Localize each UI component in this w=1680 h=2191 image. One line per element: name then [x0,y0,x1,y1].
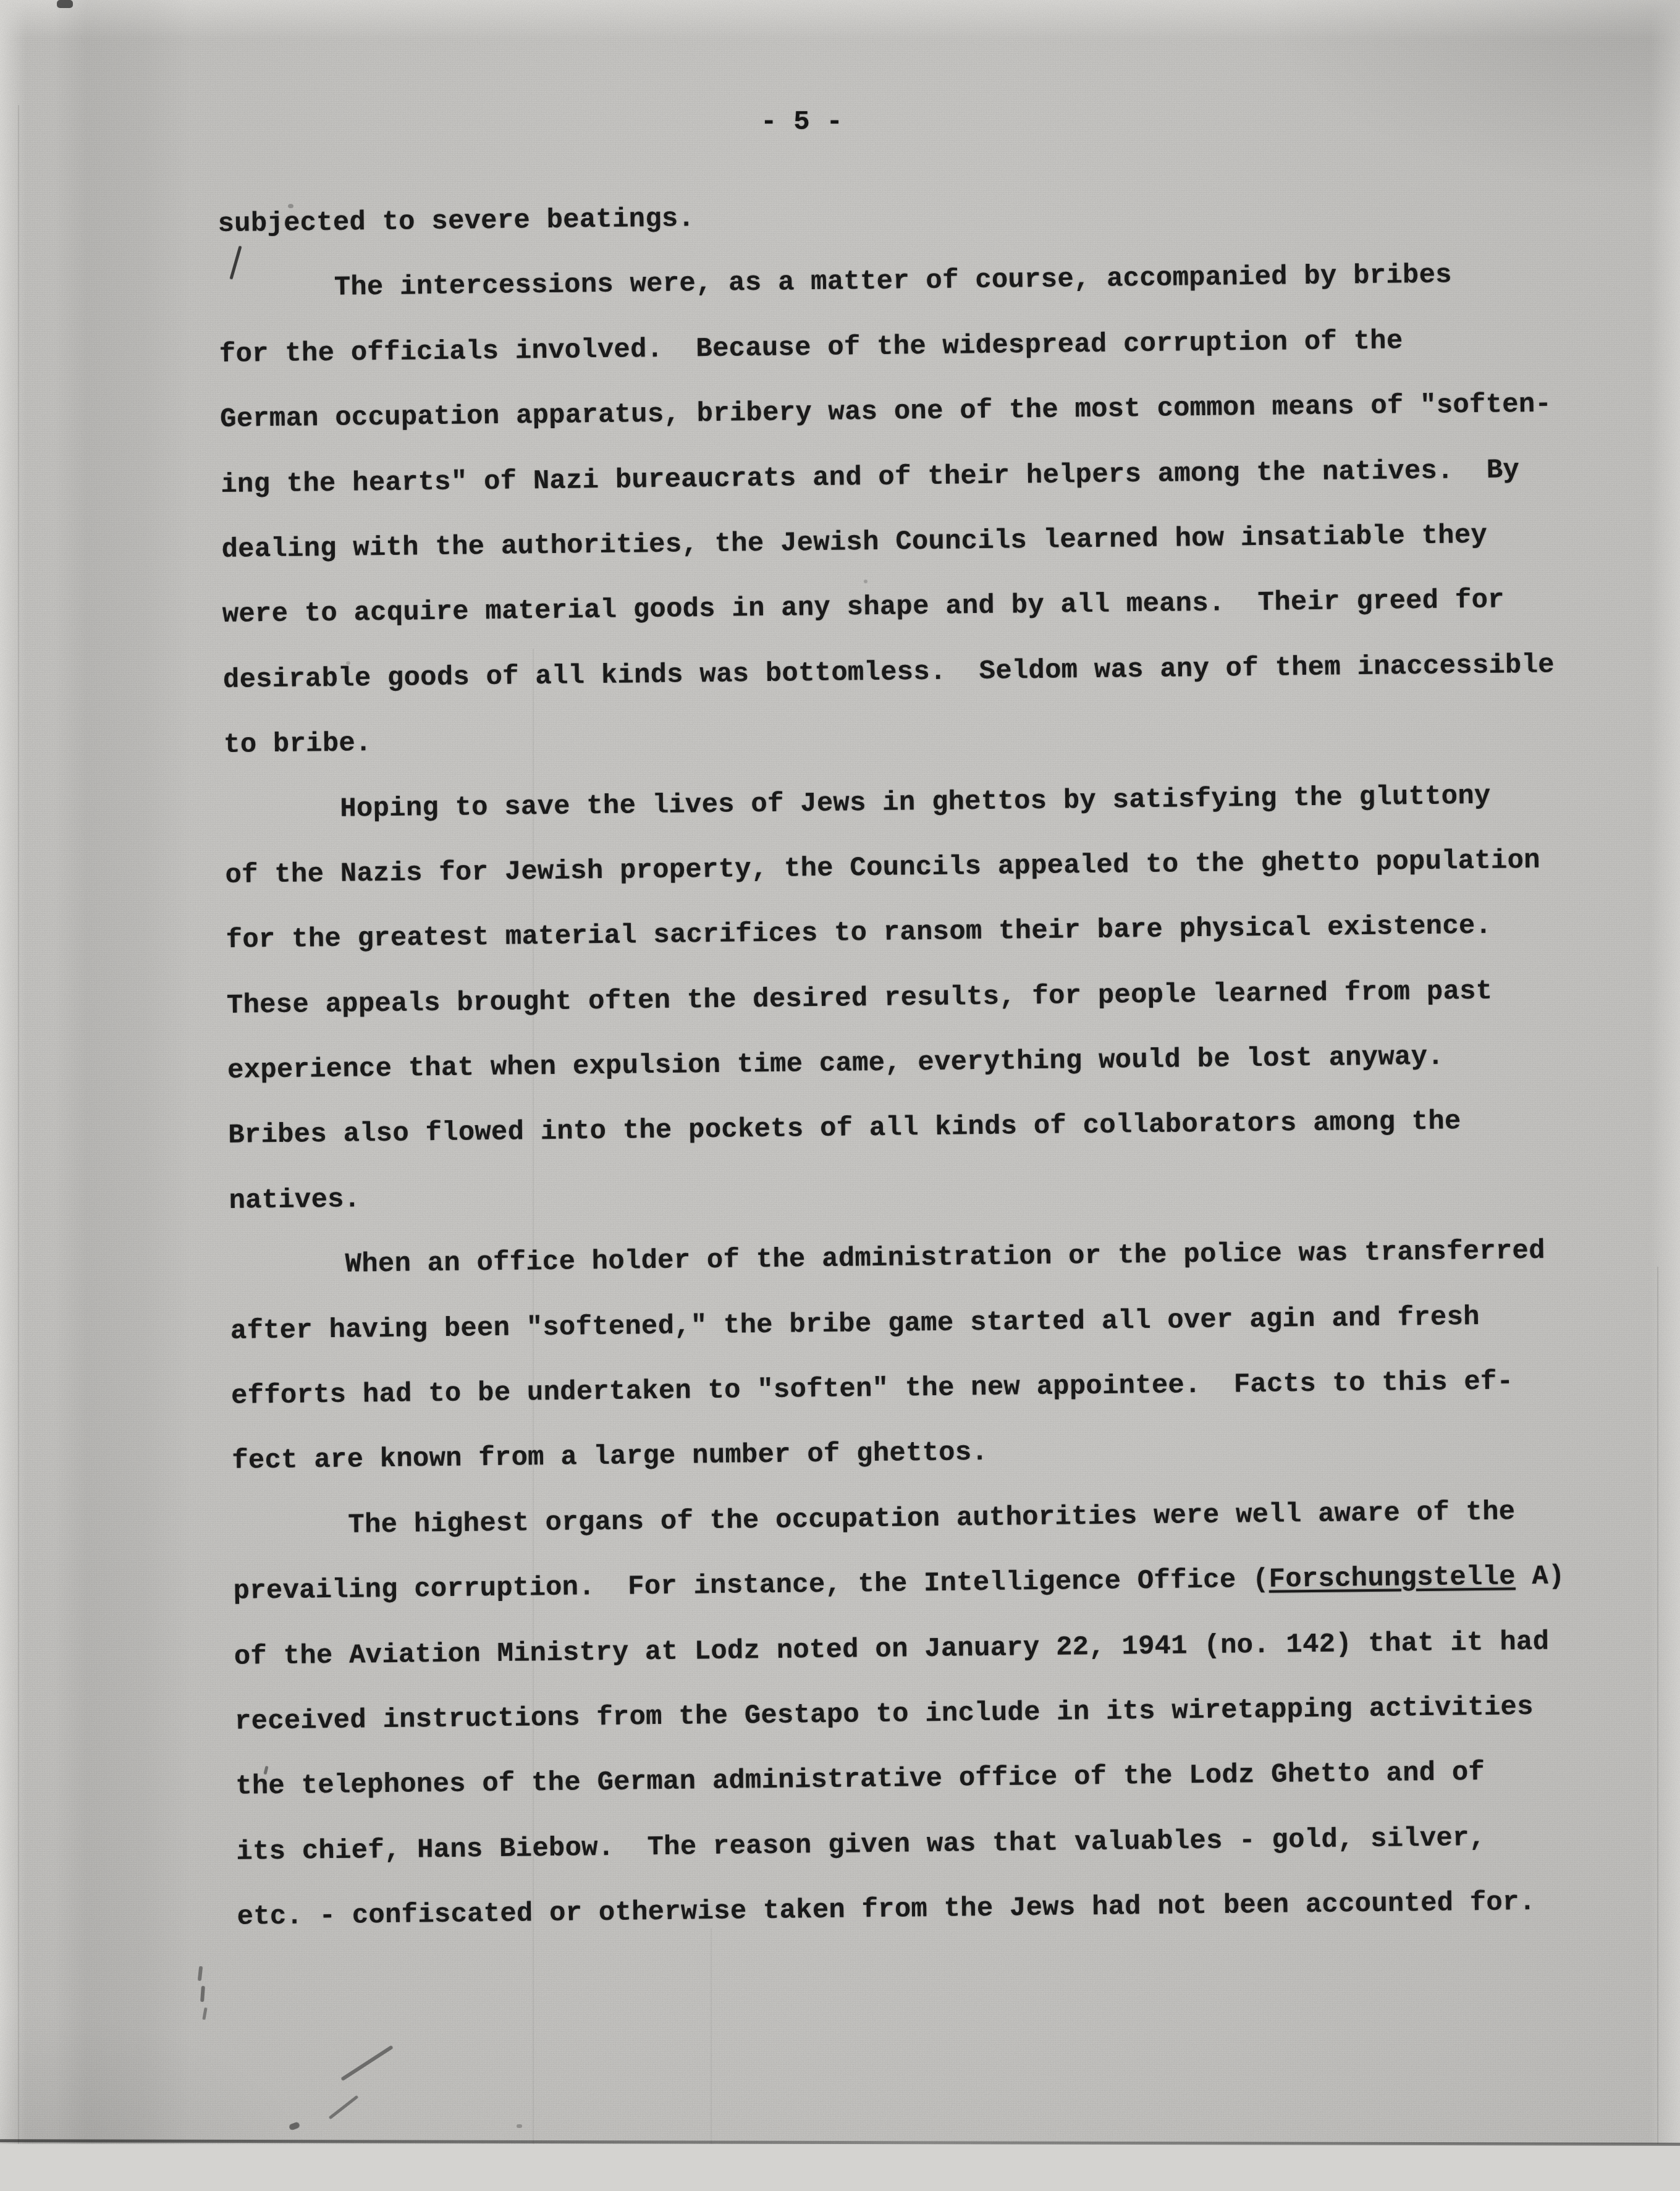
ink-speck [288,204,293,208]
page-number: - 5 - [761,107,843,138]
pencil-mark [340,2045,393,2081]
pencil-mark [289,2121,300,2130]
pencil-mark [198,1966,203,1981]
pencil-mark [517,2124,522,2128]
page-right-edge-line [1657,1267,1658,2144]
page-left-edge-line [18,105,19,2144]
scan-streak [533,649,534,2144]
ink-speck [864,580,867,583]
ink-speck [57,0,73,8]
pencil-mark [202,2007,207,2020]
pencil-mark [200,1986,205,2002]
scanned-page: - 5 - subjected to severe beatings.The i… [0,0,1680,2191]
pencil-mark [329,2095,359,2120]
typed-text-block: subjected to severe beatings.The interce… [217,176,1658,1950]
document-page: - 5 - subjected to severe beatings.The i… [0,0,1680,2191]
page-bottom-edge-strip [0,2144,1680,2191]
ink-speck [346,661,350,665]
scan-streak [711,1928,712,2144]
